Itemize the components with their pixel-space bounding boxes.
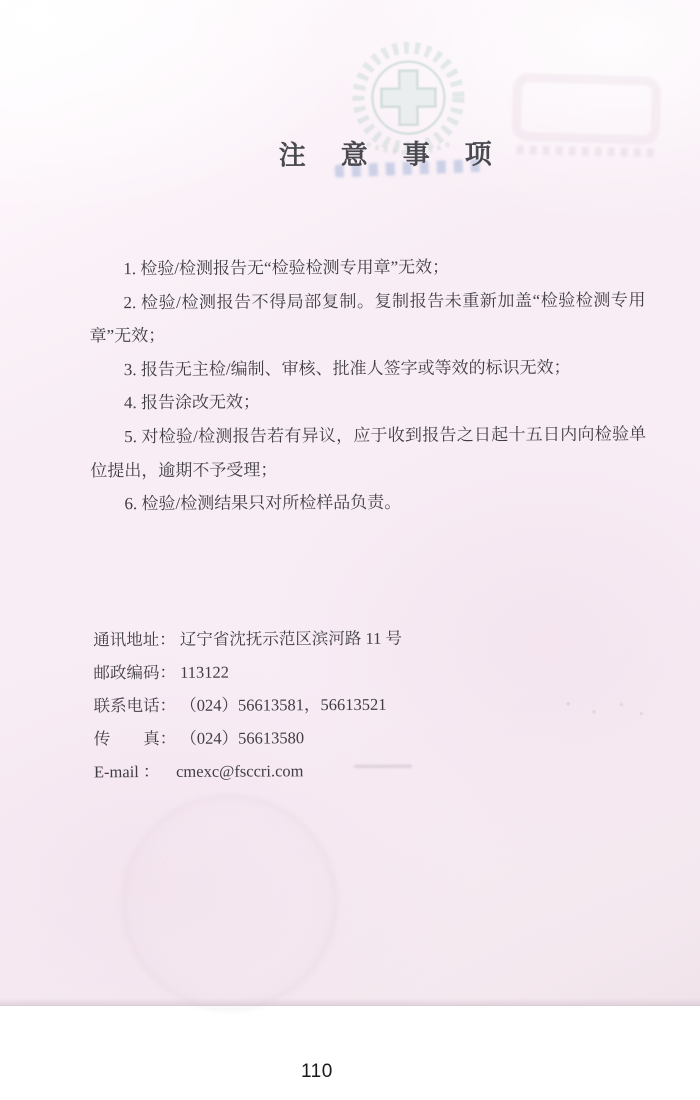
scan-content: 注意事项 1. 检验/检测报告无“检验检测专用章”无效； 2. 检验/检测报告不… (0, 0, 700, 1008)
cma-mark-bleedthrough-icon (511, 73, 661, 145)
contact-label: E-mail ： (94, 755, 172, 788)
contact-label: 通讯地址： (93, 623, 176, 656)
page-title: 注意事项 (279, 132, 527, 172)
contact-value: （024）56613580 (180, 721, 304, 755)
notice-item-1: 1. 检验/检测报告无“检验检测专用章”无效； (89, 249, 645, 286)
certificate-number-bleedthrough (517, 145, 655, 157)
contact-info: 通讯地址： 辽宁省沈抚示范区滨河路 11 号 邮政编码： 113122 联系电话… (93, 621, 574, 789)
notice-item-3: 3. 报告无主检/编制、审核、批准人签字或等效的标识无效； (90, 350, 646, 387)
notice-item-4: 4. 报告涂改无效； (90, 384, 646, 421)
scanned-notice-sheet: 注意事项 1. 检验/检测报告无“检验检测专用章”无效； 2. 检验/检测报告不… (0, 0, 700, 1006)
contact-row-address: 通讯地址： 辽宁省沈抚示范区滨河路 11 号 (93, 621, 573, 657)
contact-row-phone: 联系电话： （024）56613581，56613521 (93, 687, 573, 723)
notice-item-6: 6. 检验/检测结果只对所检样品负责。 (90, 485, 646, 522)
contact-row-email: E-mail ： cmexc@fsccri.com (94, 753, 574, 789)
contact-value: （024）56613581，56613521 (180, 688, 386, 722)
contact-row-postcode: 邮政编码： 113122 (93, 654, 573, 690)
contact-label: 联系电话： (93, 689, 176, 722)
contact-value: cmexc@fsccri.com (176, 754, 304, 788)
contact-value: 113122 (180, 656, 229, 689)
contact-label: 邮政编码： (93, 656, 176, 689)
notice-list: 1. 检验/检测报告无“检验检测专用章”无效； 2. 检验/检测报告不得局部复制… (89, 249, 646, 521)
document-page: 注意事项 1. 检验/检测报告无“检验检测专用章”无效； 2. 检验/检测报告不… (0, 0, 700, 1100)
contact-value: 辽宁省沈抚示范区滨河路 11 号 (180, 622, 402, 656)
contact-label: 传 真： (94, 722, 177, 755)
contact-row-fax: 传 真： （024）56613580 (94, 720, 574, 756)
notice-item-2: 2. 检验/检测报告不得局部复制。复制报告未重新加盖“检验检测专用章”无效； (89, 283, 645, 353)
round-seal-bleedthrough-icon (120, 793, 339, 1012)
notice-item-5: 5. 对检验/检测报告若有异议，应于收到报告之日起十五日内向检验单位提出，逾期不… (90, 417, 646, 487)
page-number: 110 (301, 1061, 333, 1083)
